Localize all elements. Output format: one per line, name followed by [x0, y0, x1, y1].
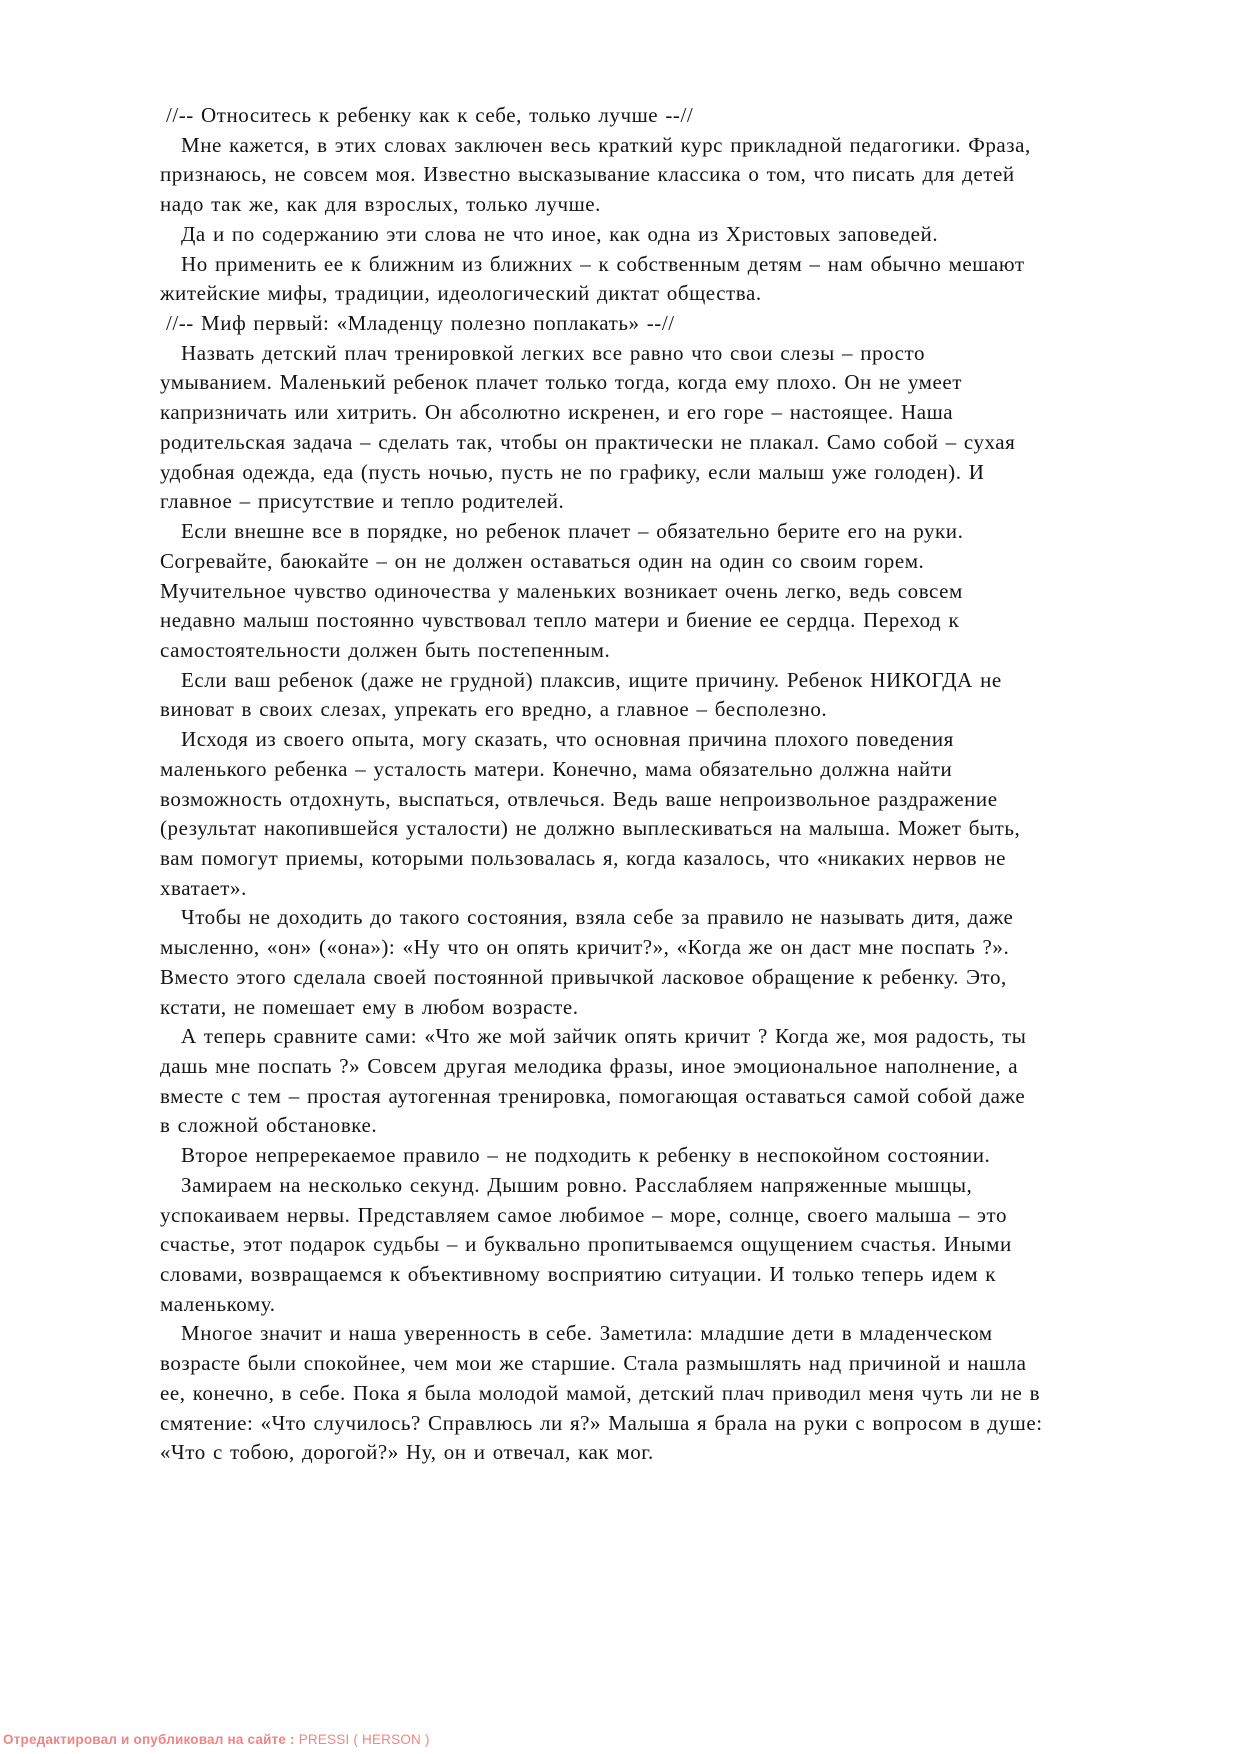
- paragraph-line: маленькому.: [160, 1290, 1152, 1320]
- paragraph-line: родительская задача – сделать так, чтобы…: [160, 428, 1152, 458]
- paragraph-line: Но применить ее к ближним из ближних – к…: [160, 250, 1152, 280]
- paragraph-line: словами, возвращаемся к объективному вос…: [160, 1260, 1152, 1290]
- paragraph-line: ее, конечно, в себе. Пока я была молодой…: [160, 1379, 1152, 1409]
- paragraph-line: капризничать или хитрить. Он абсолютно и…: [160, 398, 1152, 428]
- paragraph-line: самостоятельности должен быть постепенны…: [160, 636, 1152, 666]
- paragraph-line: успокаиваем нервы. Представляем самое лю…: [160, 1201, 1152, 1231]
- paragraph-line: хватает».: [160, 874, 1152, 904]
- paragraph-line: маленького ребенка – усталость матери. К…: [160, 755, 1152, 785]
- paragraph-line: Мне кажется, в этих словах заключен весь…: [160, 131, 1152, 161]
- paragraph-line: возможность отдохнуть, выспаться, отвлеч…: [160, 785, 1152, 815]
- paragraph-line: признаюсь, не совсем моя. Известно выска…: [160, 160, 1152, 190]
- paragraph-line: Многое значит и наша уверенность в себе.…: [160, 1319, 1152, 1349]
- paragraph-line: смятение: «Что случилось? Справлюсь ли я…: [160, 1409, 1152, 1439]
- paragraph-line: умыванием. Маленький ребенок плачет толь…: [160, 368, 1152, 398]
- paragraph-line: кстати, не помешает ему в любом возрасте…: [160, 993, 1152, 1023]
- paragraph-line: «Что с тобою, дорогой?» Ну, он и отвечал…: [160, 1438, 1152, 1468]
- paragraph-line: надо так же, как для взрослых, только лу…: [160, 190, 1152, 220]
- paragraph-line: Согревайте, баюкайте – он не должен оста…: [160, 547, 1152, 577]
- paragraph-line: Замираем на несколько секунд. Дышим ровн…: [160, 1171, 1152, 1201]
- paragraph-line: счастье, этот подарок судьбы – и букваль…: [160, 1230, 1152, 1260]
- paragraph-line: Второе непререкаемое правило – не подход…: [160, 1141, 1152, 1171]
- watermark-site-name: PRESSI ( HERSON ): [299, 1732, 430, 1747]
- paragraph-line: Если внешне все в порядке, но ребенок пл…: [160, 517, 1152, 547]
- paragraph-line: мысленно, «он» («она»): «Ну что он опять…: [160, 933, 1152, 963]
- paragraph-line: Вместо этого сделала своей постоянной пр…: [160, 963, 1152, 993]
- paragraph-line: Исходя из своего опыта, могу сказать, чт…: [160, 725, 1152, 755]
- paragraph-line: житейские мифы, традиции, идеологический…: [160, 279, 1152, 309]
- paragraph-line: возрасте были спокойнее, чем мои же стар…: [160, 1349, 1152, 1379]
- paragraph-line: в сложной обстановке.: [160, 1111, 1152, 1141]
- watermark-footer: Отредактировал и опубликовал на сайте : …: [3, 1732, 430, 1747]
- paragraph-line: Мучительное чувство одиночества у малень…: [160, 577, 1152, 607]
- paragraph-line: (результат накопившейся усталости) не до…: [160, 814, 1152, 844]
- paragraph-line: Да и по содержанию эти слова не что иное…: [160, 220, 1152, 250]
- paragraph-line: недавно малыш постоянно чувствовал тепло…: [160, 606, 1152, 636]
- paragraph-line: Чтобы не доходить до такого состояния, в…: [160, 903, 1152, 933]
- paragraph-line: дашь мне поспать ?» Совсем другая мелоди…: [160, 1052, 1152, 1082]
- text-column: //-- Относитесь к ребенку как к себе, то…: [160, 101, 1152, 1468]
- document-page: //-- Относитесь к ребенку как к себе, то…: [0, 0, 1240, 1754]
- paragraph-line: главное – присутствие и тепло родителей.: [160, 487, 1152, 517]
- paragraph-line: виноват в своих слезах, упрекать его вре…: [160, 695, 1152, 725]
- paragraph-line: вам помогут приемы, которыми пользовалас…: [160, 844, 1152, 874]
- heading-line: //-- Относитесь к ребенку как к себе, то…: [160, 101, 1152, 131]
- watermark-label: Отредактировал и опубликовал на сайте :: [3, 1732, 295, 1747]
- paragraph-line: Если ваш ребенок (даже не грудной) плакс…: [160, 666, 1152, 696]
- heading-line: //-- Миф первый: «Младенцу полезно попла…: [160, 309, 1152, 339]
- paragraph-line: А теперь сравните сами: «Что же мой зайч…: [160, 1022, 1152, 1052]
- paragraph-line: удобная одежда, еда (пусть ночью, пусть …: [160, 458, 1152, 488]
- paragraph-line: Назвать детский плач тренировкой легких …: [160, 339, 1152, 369]
- paragraph-line: вместе с тем – простая аутогенная тренир…: [160, 1082, 1152, 1112]
